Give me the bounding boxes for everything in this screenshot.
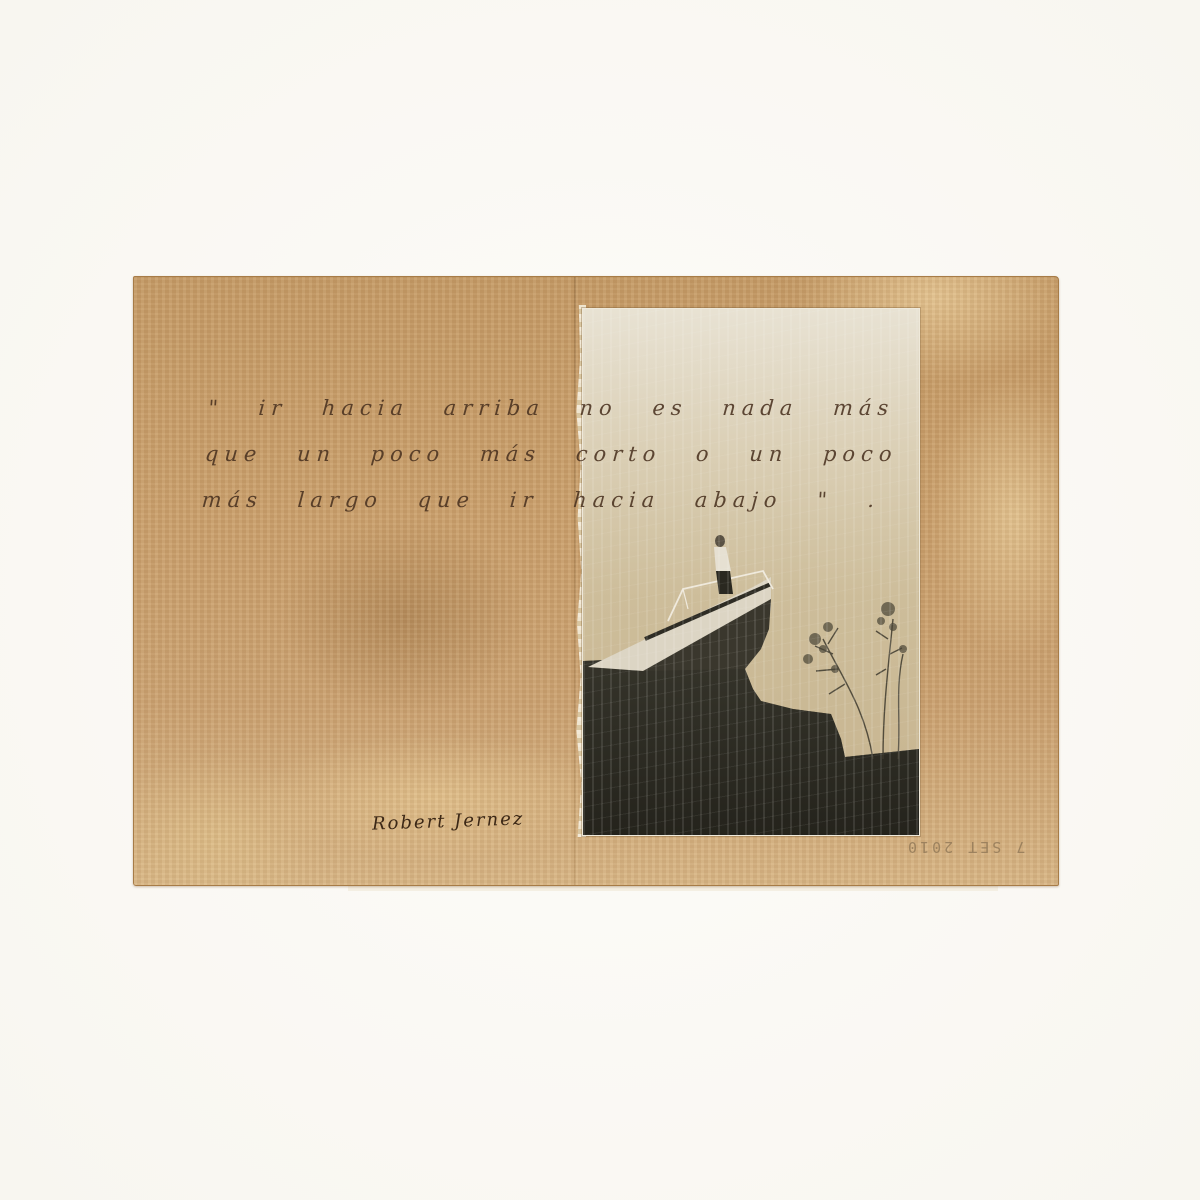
date-stamp: 7 SET 2010 [905,838,1025,856]
verse-line: más largo que ir hacia abajo " . [200,477,843,523]
handwritten-verse: " ir hacia arriba no es nada más que un … [200,385,850,523]
verse-line: que un poco más corto o un poco [203,431,846,477]
verse-line: " ir hacia arriba no es nada más [207,385,850,431]
center-fold [574,277,576,885]
